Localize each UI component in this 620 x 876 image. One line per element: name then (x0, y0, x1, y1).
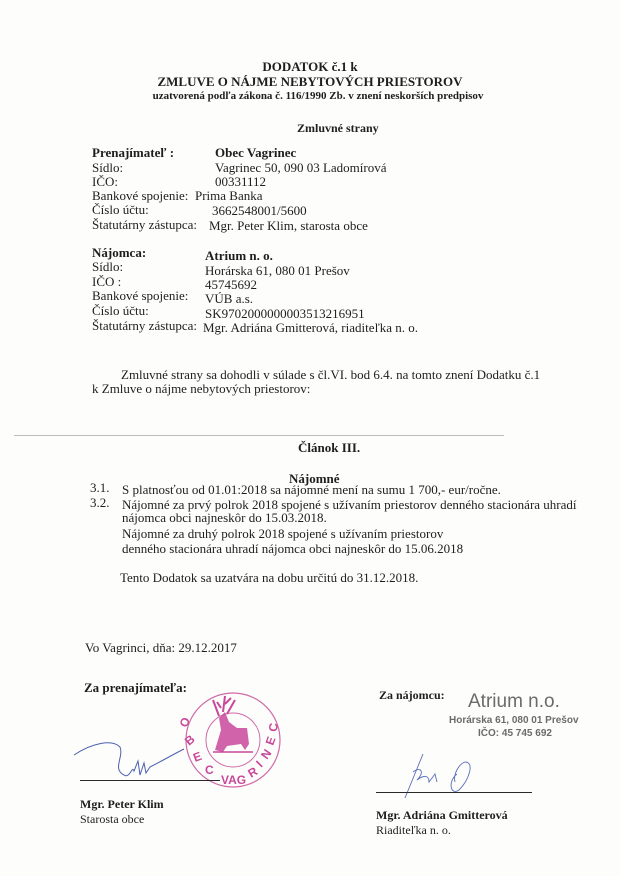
clause-text: nájomca obci najneskôr do 15.03.2018. (122, 510, 327, 526)
municipal-stamp-icon: O B E C VAG R I N E C (175, 688, 290, 790)
tenant-name: Atrium n. o. (205, 248, 273, 264)
landlord-field-label: Číslo účtu: (92, 202, 149, 218)
tenant-field-value: Mgr. Adriána Gmitterová, riaditeľka n. o… (203, 320, 418, 336)
tenant-field-label: Sídlo: (92, 259, 123, 275)
clause-number: 3.2. (90, 495, 110, 511)
landlord-field-value: Mgr. Peter Klim, starosta obce (209, 218, 368, 234)
term-statement: Tento Dodatok sa uzatvára na dobu určitú… (120, 570, 418, 586)
tenant-signatory-title: Riaditeľka n. o. (376, 823, 451, 838)
tenant-signatory-name: Mgr. Adriána Gmitterová (376, 808, 508, 823)
clause-extra-line: denného stacionára uhradí nájomca obci n… (122, 541, 463, 557)
landlord-field-value: Prima Banka (195, 188, 263, 204)
tenant-signature-label: Za nájomcu: (379, 688, 445, 703)
svg-text:E: E (191, 749, 203, 765)
parties-heading: Zmluvné strany (297, 121, 379, 136)
scan-fold-line (14, 435, 504, 436)
article-title: Článok III. (298, 440, 360, 456)
tenant-field-label: Číslo účtu: (92, 303, 149, 319)
landlord-signature-line (80, 780, 220, 781)
svg-text:E: E (263, 735, 279, 747)
tenant-signature-line (376, 792, 532, 793)
tenant-field-value: VÚB a.s. (205, 291, 253, 307)
landlord-signature-label: Za prenajímateľa: (84, 680, 187, 696)
landlord-signatory-title: Starosta obce (80, 812, 144, 827)
landlord-name: Obec Vagrinec (215, 145, 296, 161)
company-stamp-ico: IČO: 45 745 692 (478, 728, 552, 739)
tenant-field-label: Bankové spojenie: (92, 288, 188, 304)
intro-line-2: k Zmluve o nájme nebytových priestorov: (92, 381, 310, 397)
landlord-field-label: Štatutárny zástupca: (92, 217, 197, 233)
landlord-role-label: Prenajímateľ : (92, 145, 174, 161)
stamp-text: O (177, 715, 193, 729)
svg-text:N: N (258, 747, 274, 762)
landlord-field-value: 3662548001/5600 (212, 203, 307, 219)
place-date: Vo Vagrinci, dňa: 29.12.2017 (85, 640, 237, 656)
tenant-field-label: Štatutárny zástupca: (92, 318, 197, 334)
document-title: DODATOK č.1 k (0, 59, 620, 75)
company-stamp-name: Atrium n.o. (468, 691, 560, 713)
svg-text:VAG: VAG (221, 773, 246, 787)
company-stamp-address: Horárska 61, 080 01 Prešov (449, 715, 579, 726)
svg-text:R: R (246, 764, 261, 781)
clause-text: S platnosťou od 01.01:2018 sa nájomné me… (122, 482, 501, 498)
clause-extra-line: Nájomné za druhý polrok 2018 spojené s u… (122, 526, 443, 542)
legal-basis: uzatvorená podľa zákona č. 116/1990 Zb. … (8, 90, 620, 102)
svg-text:C: C (205, 763, 214, 777)
document-subtitle: ZMLUVE O NÁJME NEBYTOVÝCH PRIESTOROV (0, 74, 620, 90)
landlord-signature-icon (72, 735, 187, 785)
tenant-signature-icon (395, 752, 495, 802)
clause-number: 3.1. (90, 480, 110, 496)
landlord-signatory-name: Mgr. Peter Klim (80, 797, 164, 812)
svg-text:C: C (266, 722, 281, 732)
